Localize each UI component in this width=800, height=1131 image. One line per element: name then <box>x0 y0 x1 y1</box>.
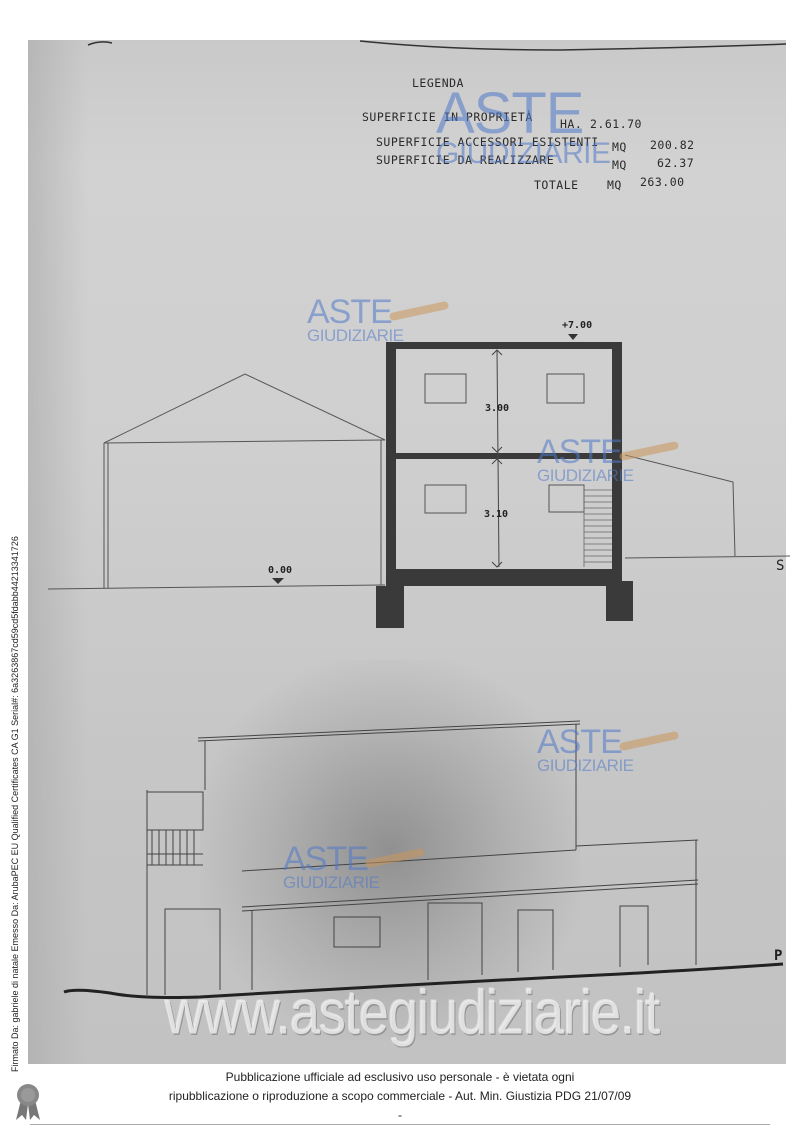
footer-line-1: Pubblicazione ufficiale ad esclusivo uso… <box>0 1068 800 1087</box>
legend-row-unit: MQ <box>612 140 627 154</box>
aste-watermark: ASTE GIUDIZIARIE <box>537 727 634 773</box>
watermark-brand-top: ASTE <box>436 88 611 140</box>
upper-floor-height: 3.00 <box>485 403 509 414</box>
section-mark: S <box>776 558 784 574</box>
lower-floor-height: 3.10 <box>484 509 508 520</box>
top-elevation-label: +7.00 <box>562 320 592 331</box>
watermark-brand-bottom: GIUDIZIARIE <box>307 328 404 343</box>
legend-row-unit: MQ <box>607 178 622 192</box>
url-watermark: www.astegiudiziarie.it <box>165 977 659 1048</box>
watermark-brand-top: ASTE <box>283 844 380 875</box>
legend-row-label: TOTALE <box>534 178 579 192</box>
section-left-building <box>104 374 385 588</box>
footer-divider <box>30 1124 770 1125</box>
footer-notice: Pubblicazione ufficiale ad esclusivo uso… <box>0 1068 800 1125</box>
watermark-brand-bottom: GIUDIZIARIE <box>537 758 634 773</box>
certificate-seal-icon <box>12 1082 44 1122</box>
ground-elevation-label: 0.00 <box>268 565 292 576</box>
watermark-brand-bottom: GIUDIZIARIE <box>436 140 611 167</box>
legend-row-unit: MQ <box>612 158 627 172</box>
aste-watermark: ASTE GIUDIZIARIE <box>537 437 634 483</box>
legend-row-value: 200.82 <box>650 138 695 152</box>
profile-mark: P <box>774 948 782 964</box>
watermark-brand-bottom: GIUDIZIARIE <box>537 468 634 483</box>
legend-row-value: 263.00 <box>640 175 685 189</box>
legend-row-value: 62.37 <box>657 156 694 170</box>
aste-watermark: ASTE GIUDIZIARIE <box>307 297 404 343</box>
watermark-brand-top: ASTE <box>537 437 634 468</box>
footer-line-2: ripubblicazione o riproduzione a scopo c… <box>0 1087 800 1106</box>
aste-watermark: ASTE GIUDIZIARIE <box>283 844 380 890</box>
footer-line-3: - <box>0 1106 800 1125</box>
watermark-brand-top: ASTE <box>537 727 634 758</box>
section-main-building <box>376 342 633 628</box>
digital-signature: Firmato Da: gabriele di natale Emesso Da… <box>10 536 20 1072</box>
watermark-brand-top: ASTE <box>307 297 404 328</box>
watermark-brand-bottom: GIUDIZIARIE <box>283 875 380 890</box>
aste-watermark: ASTE GIUDIZIARIE <box>436 88 611 167</box>
